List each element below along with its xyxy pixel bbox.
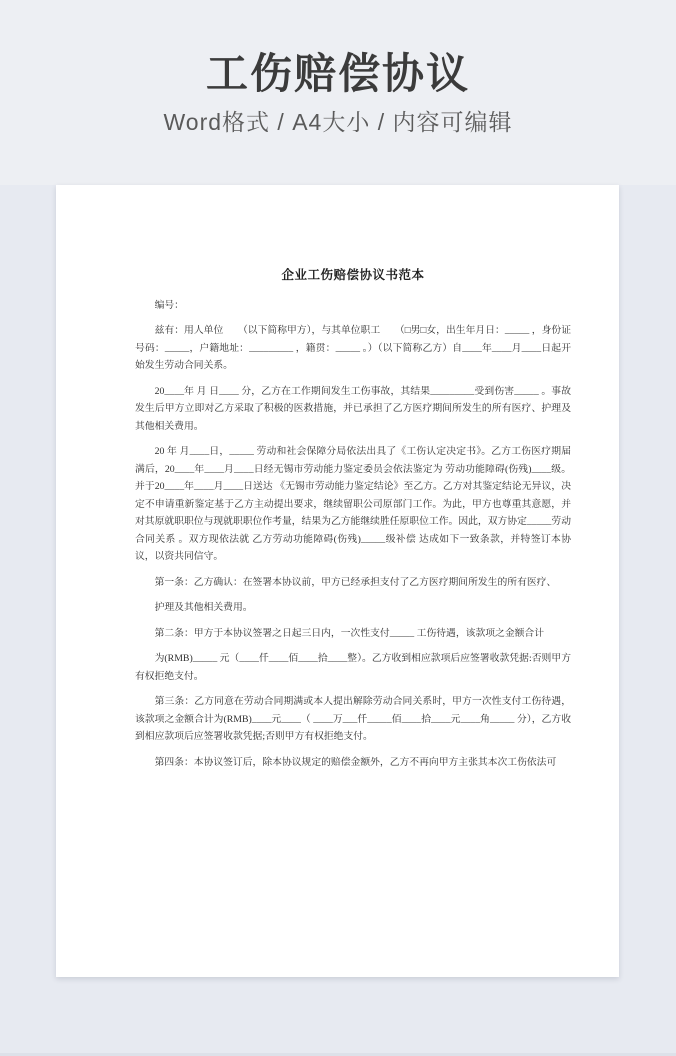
document-body: 企业工伤赔偿协议书范本 编号： 兹有：用人单位 （以下简称甲方），与其单位职工 …: [135, 267, 571, 779]
page-header: 工伤赔偿协议 Word格式 / A4大小 / 内容可编辑: [0, 0, 676, 185]
doc-paragraph-clause-3: 第三条：乙方同意在劳动合同期满或本人提出解除劳动合同关系时，甲方一次性支付工伤待…: [135, 693, 571, 746]
doc-paragraph-clause-1: 第一条：乙方确认：在签署本协议前，甲方已经承担支付了乙方医疗期间所发生的所有医疗…: [135, 574, 571, 592]
doc-paragraph-accident: 20____年 月 日____ 分，乙方在工作期间发生工伤事故，其结果_____…: [135, 383, 571, 436]
doc-paragraph-clause-4: 第四条：本协议签订后，除本协议规定的赔偿金额外，乙方不再向甲方主张其本次工伤依法…: [135, 754, 571, 772]
doc-paragraph-parties: 兹有：用人单位 （以下简称甲方），与其单位职工 （□男□女，出生年月日：____…: [135, 322, 571, 375]
doc-paragraph-clause-1-cont: 护理及其他相关费用。: [135, 599, 571, 617]
doc-paragraph-appraisal: 20 年 月____日，_____ 劳动和社会保障分局依法出具了《工伤认定决定书…: [135, 443, 571, 566]
document-title: 企业工伤赔偿协议书范本: [135, 267, 571, 285]
page-title: 工伤赔偿协议: [0, 0, 676, 98]
document-page: 企业工伤赔偿协议书范本 编号： 兹有：用人单位 （以下简称甲方），与其单位职工 …: [56, 185, 619, 977]
doc-paragraph-clause-2: 第二条：甲方于本协议签署之日起三日内，一次性支付_____ 工伤待遇，该款项之金…: [135, 625, 571, 643]
page-subtitle: Word格式 / A4大小 / 内容可编辑: [0, 104, 676, 137]
doc-paragraph-number: 编号：: [135, 297, 571, 315]
doc-paragraph-clause-2-cont: 为(RMB)_____ 元（____仟____佰____拾____整）。乙方收到…: [135, 650, 571, 685]
